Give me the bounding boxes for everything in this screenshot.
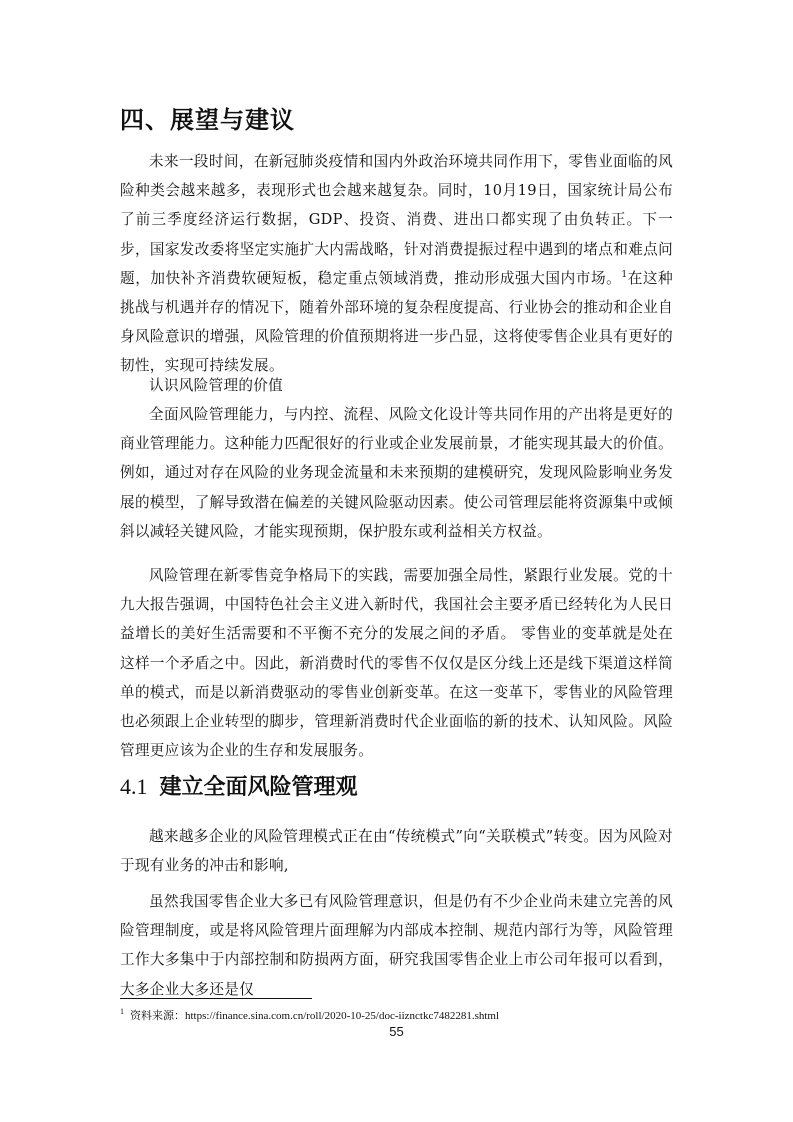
paragraph-outlook: 未来一段时间，在新冠肺炎疫情和国内外政治环境共同作用下，零售业面临的风险种类会越…: [120, 147, 673, 381]
section-heading: 四、展望与建议: [120, 100, 295, 135]
footnote: 1资料来源：https://finance.sina.com.cn/roll/2…: [120, 1007, 499, 1023]
footnote-mark: 1: [120, 1007, 124, 1016]
page-number: 55: [0, 1024, 793, 1039]
paragraph-outlook-text-a: 未来一段时间，在新冠肺炎疫情和国内外政治环境共同作用下，零售业面临的风险种类会越…: [120, 153, 673, 287]
footnote-divider: [120, 998, 312, 999]
footnote-label: 资料来源：: [130, 1009, 185, 1022]
subsection-heading: 4.1建立全面风险管理观: [120, 770, 358, 801]
document-page: 四、展望与建议 未来一段时间，在新冠肺炎疫情和国内外政治环境共同作用下，零售业面…: [0, 0, 793, 1122]
paragraph-risk-awareness: 虽然我国零售企业大多已有风险管理意识，但是仍有不少企业尚未建立完善的风险管理制度…: [120, 887, 673, 1004]
paragraph-risk-capability: 全面风险管理能力，与内控、流程、风险文化设计等共同作用的产出将是更好的商业管理能…: [120, 400, 673, 546]
subsection-number: 4.1: [120, 774, 148, 799]
paragraph-risk-mode-shift: 越来越多企业的风险管理模式正在由“传统模式”向“关联模式”转变。因为风险对于现有…: [120, 822, 673, 880]
paragraph-new-retail-practice: 风险管理在新零售竞争格局下的实践，需要加强全局性，紧跟行业发展。党的十九大报告强…: [120, 561, 673, 765]
paragraph-risk-value-label: 认识风险管理的价值: [120, 371, 673, 400]
subsection-title: 建立全面风险管理观: [160, 775, 358, 800]
footnote-url[interactable]: https://finance.sina.com.cn/roll/2020-10…: [185, 1010, 499, 1022]
